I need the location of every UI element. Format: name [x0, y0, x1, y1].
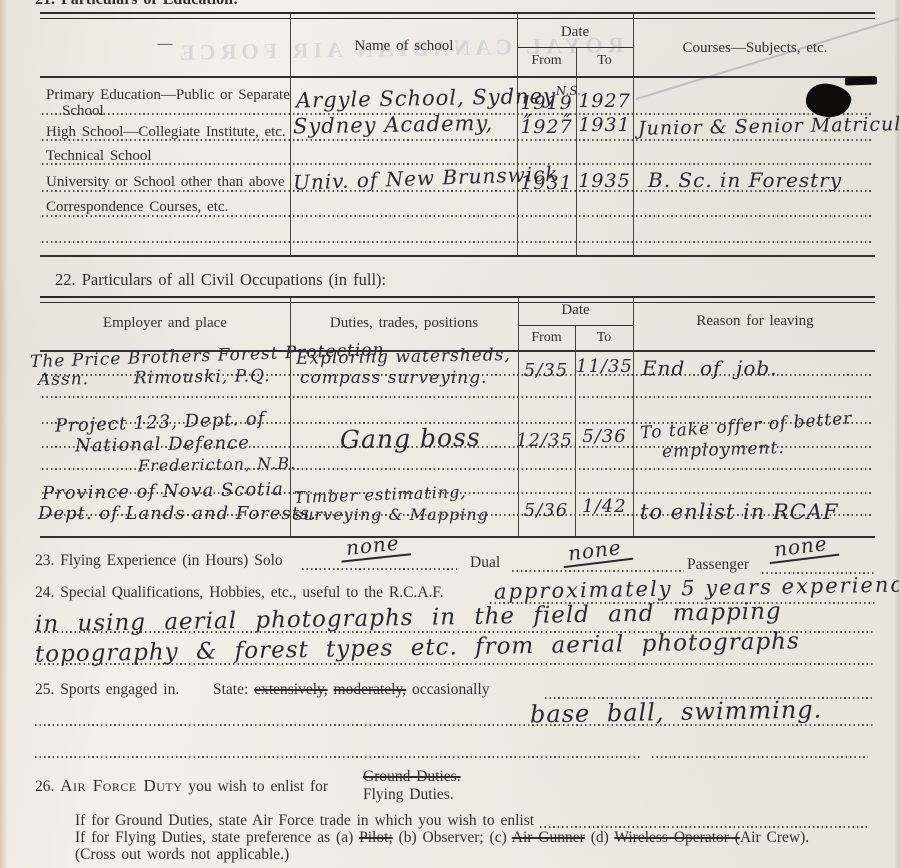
row-label-high-school: High School—Collegiate Institute, etc.: [46, 124, 292, 141]
handwritten-dual-hours: none: [561, 534, 633, 568]
dotted-line: [302, 568, 457, 570]
option-wireless-operator: Wireless Operator (: [614, 829, 740, 846]
dotted-line: [35, 756, 640, 758]
dotted-line: [512, 570, 684, 572]
education-col-from-header: From: [517, 53, 576, 69]
handwritten-courses: B. Sc. in Forestry: [648, 168, 842, 192]
handwritten-reason: End of job.: [642, 356, 778, 380]
occupation-col-to-header: To: [575, 330, 633, 346]
air-force-duty-smallcaps: Air Force Duty: [60, 776, 182, 795]
handwritten-date: 5/36: [519, 500, 573, 521]
option-flying-duties: Flying Duties.: [363, 786, 454, 804]
section-26-label: 26. Air Force Duty you wish to enlist fo…: [35, 776, 328, 796]
handwritten-date: 1/42: [577, 496, 632, 517]
handwritten-date: 5/36: [577, 426, 632, 447]
row-label-university: University or School other than above: [46, 174, 292, 191]
education-col-blank-header: —: [40, 36, 290, 53]
handwritten-employer: Dept. of Lands and Forests.: [38, 503, 317, 524]
table-rule: [576, 48, 577, 255]
dotted-line: [540, 826, 868, 828]
handwritten-date: 12/35: [516, 430, 573, 451]
table-rule: [518, 325, 633, 326]
table-rule: [517, 47, 633, 48]
handwritten-date: 1935: [577, 170, 632, 192]
ground-duties-instruction: If for Ground Duties, state Air Force tr…: [75, 812, 534, 830]
dotted-line: [652, 756, 868, 758]
table-rule: [40, 255, 875, 257]
education-col-name-header: Name of school: [292, 38, 516, 55]
dual-label: Dual: [470, 554, 500, 572]
handwritten-duties: Timber estimating,: [294, 482, 467, 507]
handwritten-employer: Fredericton, N.B.: [138, 454, 296, 476]
handwritten-courses: Junior & Senior Matriculation: [638, 112, 899, 140]
handwritten-date: 1927: [519, 116, 574, 138]
option-air-crew: Air Crew).: [740, 829, 809, 846]
handwritten-duties: surveying & Mapping: [294, 505, 489, 524]
scanned-enlistment-form: ROYAL CANADIAN AIR FORCE 21. Particulars…: [0, 0, 899, 868]
table-rule: [40, 536, 875, 538]
passenger-label: Passenger: [687, 556, 749, 574]
education-col-courses-header: Courses—Subjects, etc.: [635, 40, 875, 57]
table-rule: [40, 76, 875, 78]
handwritten-date: 11/35: [576, 356, 632, 377]
option-occasionally: occasionally: [412, 681, 489, 698]
option-air-gunner: Air Gunner: [512, 829, 585, 846]
row-label-correspondence: Correspondence Courses, etc.: [46, 199, 292, 216]
section-21-heading: 21. Particulars of Education:: [35, 0, 238, 9]
handwritten-passenger-hours: none: [767, 530, 839, 564]
cross-out-note: (Cross out words not applicable.): [75, 846, 289, 864]
handwritten-sports: base ball, swimming.: [530, 695, 823, 728]
state-label: State:: [213, 681, 248, 698]
education-col-date-header: Date: [517, 24, 633, 41]
handwritten-duties: Exploring watersheds,: [296, 345, 511, 369]
table-rule: [40, 296, 875, 303]
ink-mark: [845, 76, 877, 85]
table-rule: [633, 298, 634, 536]
handwritten-reason: To take offer of better: [640, 409, 853, 444]
handwritten-date: 1931: [577, 114, 632, 136]
handwritten-date: 1931: [519, 172, 574, 194]
dotted-line: [42, 241, 873, 243]
table-rule: [290, 298, 291, 536]
section-25-label: 25. Sports engaged in.: [35, 681, 179, 699]
occupation-col-from-header: From: [518, 330, 575, 346]
row-label-primary-education: Primary Education—Public or Separate Sch…: [46, 88, 308, 120]
table-rule: [40, 12, 875, 19]
handwritten-reason: employment.: [662, 438, 785, 462]
section-24-label: 24. Special Qualifications, Hobbies, etc…: [35, 584, 444, 602]
scratch-mark: [636, 16, 899, 99]
dotted-line: [42, 396, 873, 398]
handwritten-reason: to enlist in RCAF: [640, 500, 839, 524]
handwritten-date: 5/35: [519, 360, 573, 381]
section-22-heading: 22. Particulars of all Civil Occupations…: [55, 270, 386, 290]
handwritten-employer: Assn. Rimouski, P.Q.: [38, 366, 271, 390]
occupation-col-reason-header: Reason for leaving: [635, 313, 875, 330]
handwritten-date: 1927: [577, 90, 632, 112]
handwritten-employer: Province of Nova Scotia: [42, 479, 284, 504]
handwritten-employer: National Defence: [75, 432, 250, 456]
option-moderately: moderately,: [334, 681, 407, 698]
occupation-col-employer-header: Employer and place: [42, 315, 288, 332]
row-label-technical-school: Technical School: [46, 148, 292, 165]
education-col-to-header: To: [576, 53, 633, 69]
occupation-col-date-header: Date: [518, 302, 633, 319]
option-extensively: extensively,: [254, 681, 327, 698]
option-ground-duties: Ground Duties.: [363, 768, 461, 786]
handwritten-duties: Gang boss: [340, 423, 481, 454]
option-pilot: Pilot;: [359, 829, 393, 846]
handwritten-duties: compass surveying.: [300, 368, 488, 388]
paper-left-edge: [0, 0, 8, 868]
flying-duties-instruction: If for Flying Duties, state preference a…: [75, 829, 809, 847]
section-23-label: 23. Flying Experience (in Hours) Solo: [35, 552, 283, 570]
sports-frequency-options: State: extensively, moderately, occasion…: [213, 681, 489, 699]
occupation-col-duties-header: Duties, trades, positions: [292, 315, 516, 332]
handwritten-solo-hours: none: [339, 529, 411, 562]
